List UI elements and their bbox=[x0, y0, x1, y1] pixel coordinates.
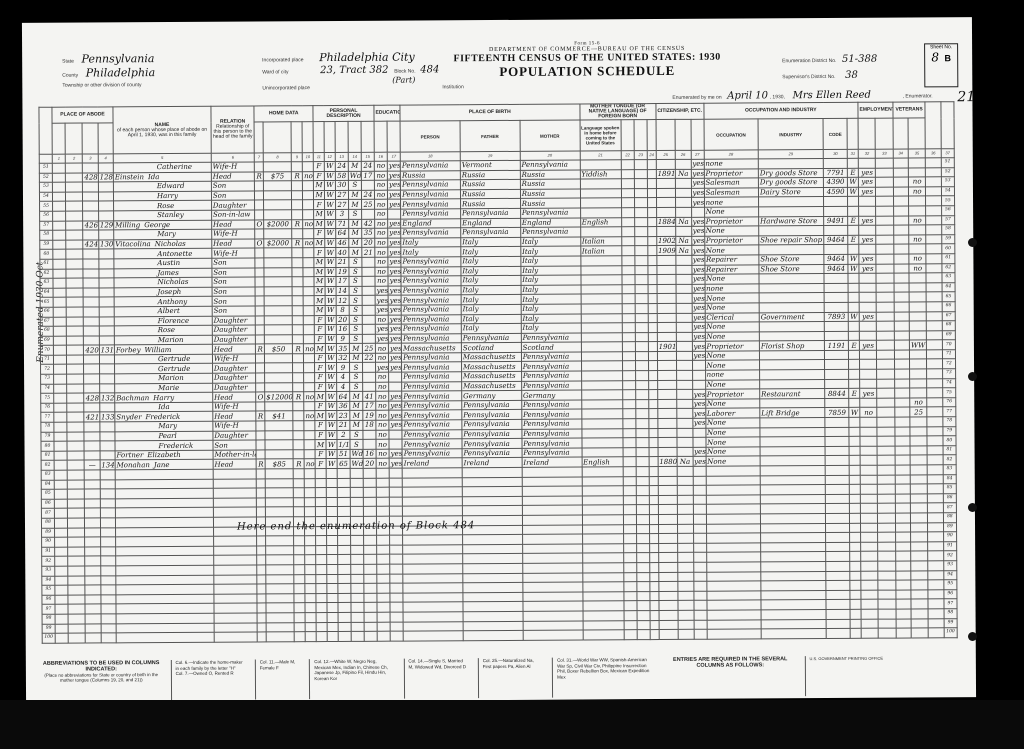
radio-cell bbox=[293, 334, 304, 344]
family-cell bbox=[100, 451, 115, 461]
industry-cell bbox=[760, 370, 825, 380]
street-cell bbox=[53, 221, 66, 231]
unemployment-cell bbox=[876, 196, 893, 206]
race-cell: W bbox=[324, 190, 335, 200]
speaks-english-cell: yes bbox=[691, 236, 704, 246]
street-cell bbox=[53, 345, 66, 355]
industry-code-cell bbox=[824, 206, 848, 216]
radio-cell bbox=[292, 258, 303, 268]
naturalization-cell bbox=[676, 294, 691, 304]
immigration-year-cell bbox=[657, 265, 677, 275]
read-write-cell: yes bbox=[388, 343, 401, 353]
birthplace-cell: Pennsylvania bbox=[401, 276, 461, 286]
father-birthplace-cell: Russia bbox=[460, 180, 520, 190]
read-write-cell: yes bbox=[389, 411, 402, 421]
father-birthplace-cell: Pennsylvania bbox=[462, 448, 522, 458]
line-number: 94 bbox=[42, 576, 55, 586]
veteran-cell bbox=[894, 331, 909, 341]
veteran-cell bbox=[895, 417, 910, 427]
at-work-cell: yes bbox=[859, 312, 876, 322]
industry-cell: Hardware Store bbox=[759, 216, 824, 226]
age-married-cell bbox=[363, 430, 376, 440]
line-number-right: 53 bbox=[941, 177, 954, 187]
race-cell: W bbox=[325, 344, 336, 354]
industry-code-cell bbox=[824, 273, 848, 283]
school-cell: no bbox=[376, 382, 389, 392]
home-value-cell bbox=[264, 248, 292, 258]
race-cell: W bbox=[325, 325, 336, 335]
immigration-year-cell bbox=[657, 294, 677, 304]
code-a-cell bbox=[622, 332, 635, 342]
class-of-worker-cell: W bbox=[849, 408, 860, 418]
col-tongue: Language spoken in home before coming to… bbox=[580, 120, 622, 151]
age-cell: 4 bbox=[336, 372, 349, 382]
mother-birthplace-cell: Italy bbox=[521, 285, 581, 295]
street-cell bbox=[54, 461, 67, 471]
dwelling-cell bbox=[84, 364, 99, 374]
line-number: 99 bbox=[944, 618, 957, 628]
dwelling-cell bbox=[84, 316, 99, 326]
line-number: 91 bbox=[943, 541, 956, 551]
line-number: 93 bbox=[943, 561, 956, 571]
code-a-cell bbox=[622, 361, 635, 371]
industry-code-cell bbox=[824, 283, 848, 293]
name-cell: Rose bbox=[113, 201, 211, 211]
name-cell: MillingGeorge bbox=[114, 220, 212, 230]
mother-tongue-cell bbox=[581, 400, 622, 410]
age-married-cell: 20 bbox=[362, 238, 375, 248]
code-b-cell bbox=[635, 236, 648, 246]
code-b-cell bbox=[636, 428, 649, 438]
line-number: 83 bbox=[41, 470, 54, 480]
mother-birthplace-cell: Pennsylvania bbox=[521, 400, 581, 410]
line-number: 70 bbox=[40, 346, 53, 356]
veteran-cell bbox=[895, 427, 910, 437]
farm-schedule-cell bbox=[926, 158, 941, 168]
radio-cell bbox=[293, 373, 304, 383]
unemployment-cell bbox=[876, 264, 893, 274]
code-c-cell bbox=[648, 246, 657, 256]
house-number-cell bbox=[66, 211, 83, 221]
sex-cell: F bbox=[315, 459, 326, 469]
street-cell bbox=[54, 355, 67, 365]
radio-cell bbox=[292, 162, 303, 172]
father-birthplace-cell: Pennsylvania bbox=[461, 228, 521, 238]
col-mother: MOTHER bbox=[520, 120, 580, 151]
war-cell bbox=[910, 427, 927, 437]
race-cell: W bbox=[326, 382, 337, 392]
father-birthplace-cell: Italy bbox=[461, 275, 521, 285]
mother-tongue-cell bbox=[580, 160, 621, 170]
occupation-cell: Clerical bbox=[705, 312, 759, 322]
house-number-cell bbox=[67, 460, 84, 470]
read-write-cell: yes bbox=[387, 161, 400, 171]
name-cell: Catherine bbox=[113, 162, 211, 172]
naturalization-cell bbox=[677, 351, 692, 361]
naturalization-cell: Na bbox=[676, 217, 691, 227]
at-work-cell bbox=[859, 331, 876, 341]
farm-cell bbox=[303, 286, 314, 296]
code-c-cell bbox=[648, 342, 657, 352]
given-name: Florence bbox=[158, 317, 189, 325]
immigration-year-cell bbox=[657, 303, 677, 313]
marital-cell: S bbox=[350, 440, 363, 450]
age-cell: 64 bbox=[337, 392, 350, 402]
code-c-cell bbox=[649, 371, 658, 381]
code-c-cell bbox=[649, 419, 658, 429]
given-name: Joseph bbox=[158, 288, 182, 296]
line-number: 97 bbox=[42, 605, 55, 615]
mother-birthplace-cell: Italy bbox=[521, 304, 581, 314]
industry-cell bbox=[759, 331, 824, 341]
line-number: 74 bbox=[41, 384, 54, 394]
at-work-cell: yes bbox=[858, 187, 875, 197]
class-of-worker-cell bbox=[848, 302, 859, 312]
birthplace-cell: Pennsylvania bbox=[401, 199, 461, 209]
industry-code-cell bbox=[825, 456, 849, 466]
radio-cell bbox=[293, 421, 304, 431]
sex-cell: M bbox=[315, 392, 326, 402]
mother-birthplace-cell: Italy bbox=[520, 237, 580, 247]
read-write-cell: yes bbox=[389, 458, 402, 468]
class-of-worker-cell: E bbox=[848, 235, 859, 245]
code-b-cell bbox=[635, 361, 648, 371]
read-write-cell: yes bbox=[389, 391, 402, 401]
line-number-right: 81 bbox=[943, 446, 956, 456]
class-of-worker-cell: E bbox=[847, 168, 858, 178]
war-cell: no bbox=[909, 235, 926, 245]
street-cell bbox=[54, 403, 67, 413]
binder-hole bbox=[968, 632, 977, 641]
age-cell: 9 bbox=[336, 363, 349, 373]
naturalization-cell bbox=[677, 438, 692, 448]
farm-schedule-cell bbox=[927, 311, 942, 321]
birthplace-cell: Pennsylvania bbox=[402, 429, 462, 439]
code-c-cell bbox=[648, 208, 657, 218]
line-number: 84 bbox=[41, 480, 54, 490]
sex-cell: M bbox=[314, 267, 325, 277]
class-of-worker-cell bbox=[848, 293, 859, 303]
dwelling-cell bbox=[84, 432, 99, 442]
code-c-cell bbox=[649, 438, 658, 448]
age-married-cell bbox=[362, 267, 375, 277]
veteran-cell bbox=[894, 302, 909, 312]
radio-cell bbox=[293, 450, 304, 460]
school-cell: no bbox=[375, 248, 388, 258]
school-cell: yes bbox=[375, 324, 388, 334]
age-married-cell: 16 bbox=[363, 449, 376, 459]
name-cell: Gertrude bbox=[114, 354, 212, 364]
age-cell: 36 bbox=[337, 401, 350, 411]
farm-schedule-cell bbox=[927, 446, 942, 456]
at-work-cell bbox=[859, 283, 876, 293]
radio-cell: R bbox=[292, 219, 303, 229]
line-number: 97 bbox=[944, 599, 957, 609]
home-value-cell bbox=[264, 200, 292, 210]
col-name: NAMEof each person whose place of abode … bbox=[113, 106, 211, 154]
veteran-cell bbox=[895, 446, 910, 456]
at-work-cell: yes bbox=[858, 177, 875, 187]
veteran-cell bbox=[893, 216, 908, 226]
farm-cell bbox=[303, 181, 314, 191]
street-cell bbox=[54, 422, 67, 432]
speaks-english-cell: yes bbox=[691, 159, 704, 169]
given-name: James bbox=[157, 269, 178, 277]
line-number-right: 76 bbox=[942, 398, 955, 408]
name-cell: Antonette bbox=[114, 249, 212, 259]
read-write-cell: yes bbox=[388, 324, 401, 334]
sex-cell: M bbox=[314, 286, 325, 296]
industry-code-cell: 4390 bbox=[824, 178, 848, 188]
class-of-worker-cell: W bbox=[848, 254, 859, 264]
speaks-english-cell bbox=[692, 370, 705, 380]
speaks-english-cell: yes bbox=[691, 226, 704, 236]
sex-cell: F bbox=[315, 382, 326, 392]
street-cell bbox=[53, 288, 66, 298]
age-cell: 12 bbox=[336, 296, 349, 306]
farm-cell: no bbox=[304, 459, 315, 469]
read-write-cell: yes bbox=[389, 353, 402, 363]
street-cell bbox=[53, 230, 66, 240]
tenure-cell: O bbox=[255, 219, 264, 229]
line-number-right: 63 bbox=[942, 273, 955, 283]
industry-cell bbox=[759, 226, 824, 236]
veteran-cell bbox=[895, 388, 910, 398]
mother-birthplace-cell: Pennsylvania bbox=[522, 429, 582, 439]
home-value-cell bbox=[263, 181, 291, 191]
given-name: Harry bbox=[157, 192, 178, 200]
occupation-cell: None bbox=[705, 332, 759, 342]
line-number: 87 bbox=[41, 509, 54, 519]
line-number: 53 bbox=[39, 182, 52, 192]
unemployment-cell bbox=[876, 158, 893, 168]
line-number: 90 bbox=[943, 532, 956, 542]
immigration-year-cell: 1880 bbox=[658, 457, 678, 467]
veteran-cell bbox=[894, 311, 909, 321]
speaks-english-cell: yes bbox=[691, 188, 704, 198]
marital-cell: S bbox=[349, 276, 362, 286]
industry-cell: Shoe Store bbox=[759, 264, 824, 274]
tenure-cell bbox=[256, 325, 265, 335]
line-number: 95 bbox=[42, 585, 55, 595]
unemployment-cell bbox=[876, 235, 893, 245]
dwelling-cell bbox=[84, 307, 99, 317]
industry-cell: Dry goods Store bbox=[758, 178, 823, 188]
veteran-cell bbox=[893, 187, 908, 197]
veteran-cell bbox=[894, 369, 909, 379]
war-cell bbox=[910, 379, 927, 389]
at-work-cell bbox=[859, 245, 876, 255]
col-father: FATHER bbox=[460, 120, 520, 151]
dwelling-cell bbox=[84, 441, 99, 451]
speaks-english-cell bbox=[692, 380, 705, 390]
class-of-worker-cell bbox=[849, 427, 860, 437]
immigration-year-cell bbox=[658, 409, 678, 419]
occupation-cell: None bbox=[705, 293, 759, 303]
name-cell: Marion bbox=[115, 373, 213, 383]
veteran-cell bbox=[894, 273, 909, 283]
class-of-worker-cell: W bbox=[848, 264, 859, 274]
mother-birthplace-cell: Germany bbox=[521, 390, 581, 400]
code-b-cell bbox=[636, 390, 649, 400]
unemployment-cell bbox=[876, 216, 893, 226]
class-of-worker-cell bbox=[848, 225, 859, 235]
class-of-worker-cell: W bbox=[848, 187, 859, 197]
mother-tongue-cell bbox=[581, 284, 622, 294]
mother-tongue-cell bbox=[580, 227, 621, 237]
house-number-cell bbox=[66, 249, 83, 259]
immigration-year-cell bbox=[657, 275, 677, 285]
farm-schedule-cell bbox=[926, 167, 941, 177]
home-value-cell bbox=[265, 440, 293, 450]
war-cell bbox=[909, 196, 926, 206]
school-cell: no bbox=[376, 411, 389, 421]
code-c-cell bbox=[647, 198, 656, 208]
relation-cell: Head bbox=[212, 239, 256, 249]
at-work-cell: yes bbox=[859, 235, 876, 245]
unemployment-cell bbox=[877, 436, 894, 446]
mother-birthplace-cell: Italy bbox=[521, 246, 581, 256]
corner-mark: 21 bbox=[957, 89, 975, 105]
war-cell bbox=[910, 446, 927, 456]
house-number-cell bbox=[67, 393, 84, 403]
dwelling-cell bbox=[83, 201, 98, 211]
read-write-cell: yes bbox=[388, 267, 401, 277]
line-number: 96 bbox=[944, 589, 957, 599]
unincorporated-field: Unincorporated place bbox=[262, 85, 310, 91]
code-c-cell bbox=[647, 169, 656, 179]
read-write-cell: yes bbox=[389, 363, 402, 373]
race-cell: W bbox=[325, 277, 336, 287]
immigration-year-cell bbox=[657, 351, 677, 361]
read-write-cell bbox=[389, 430, 402, 440]
tenure-cell bbox=[256, 315, 265, 325]
school-cell: no bbox=[376, 391, 389, 401]
mother-tongue-cell bbox=[582, 438, 623, 448]
read-write-cell: yes bbox=[388, 295, 401, 305]
home-value-cell bbox=[264, 306, 292, 316]
war-cell: no bbox=[909, 254, 926, 264]
family-cell bbox=[99, 355, 114, 365]
dwelling-cell: 428 bbox=[84, 393, 99, 403]
race-cell: W bbox=[325, 305, 336, 315]
farm-cell bbox=[304, 430, 315, 440]
farm-schedule-cell bbox=[926, 263, 941, 273]
speaks-english-cell: yes bbox=[691, 274, 704, 284]
line-number: 88 bbox=[41, 518, 54, 528]
birthplace-cell: England bbox=[401, 218, 461, 228]
marital-cell: M bbox=[349, 248, 362, 258]
race-cell: W bbox=[326, 449, 337, 459]
veteran-cell bbox=[894, 235, 909, 245]
at-work-cell bbox=[859, 350, 876, 360]
farm-cell bbox=[304, 421, 315, 431]
speaks-english-cell: yes bbox=[692, 313, 705, 323]
code-a-cell bbox=[623, 428, 636, 438]
father-birthplace-cell: Massachusetts bbox=[461, 362, 521, 372]
mother-tongue-cell bbox=[581, 361, 622, 371]
immigration-year-cell bbox=[657, 323, 677, 333]
birthplace-cell: Pennsylvania bbox=[401, 266, 461, 276]
naturalization-cell bbox=[677, 361, 692, 371]
read-write-cell: yes bbox=[388, 247, 401, 257]
immigration-year-cell bbox=[657, 332, 677, 342]
industry-cell bbox=[758, 159, 823, 169]
dwelling-cell: — bbox=[85, 460, 100, 470]
war-cell bbox=[909, 311, 926, 321]
given-name: Edward bbox=[157, 182, 185, 190]
birthplace-cell: Pennsylvania bbox=[401, 314, 461, 324]
dwelling-cell bbox=[83, 249, 98, 259]
line-number-right: 54 bbox=[941, 186, 954, 196]
marital-cell: Wd bbox=[350, 449, 363, 459]
code-b-cell bbox=[636, 409, 649, 419]
class-of-worker-cell bbox=[849, 437, 860, 447]
family-cell bbox=[98, 163, 113, 173]
veteran-cell bbox=[894, 292, 909, 302]
immigration-year-cell bbox=[657, 313, 677, 323]
occupation-cell: Proprietor bbox=[705, 389, 759, 399]
line-number: 72 bbox=[41, 365, 54, 375]
at-work-cell bbox=[859, 197, 876, 207]
school-cell: yes bbox=[376, 363, 389, 373]
father-birthplace-cell: Vermont bbox=[460, 160, 520, 170]
unemployment-cell bbox=[877, 331, 894, 341]
radio-cell bbox=[292, 210, 303, 220]
line-number-right: 52 bbox=[941, 167, 954, 177]
farm-cell bbox=[303, 200, 314, 210]
birthplace-cell: Pennsylvania bbox=[401, 228, 461, 238]
name-cell: VitacolinaNicholas bbox=[114, 239, 212, 249]
name-cell: Marion bbox=[114, 335, 212, 345]
incorporated-value: Philadelphia City bbox=[319, 51, 414, 65]
sex-cell: F bbox=[314, 315, 325, 325]
industry-code-cell: 9464 bbox=[824, 254, 848, 264]
relation-cell: Wife-H bbox=[213, 421, 257, 431]
age-cell: 27 bbox=[335, 200, 348, 210]
street-cell bbox=[53, 192, 66, 202]
mother-tongue-cell bbox=[581, 294, 622, 304]
father-birthplace-cell: Ireland bbox=[462, 458, 522, 468]
school-cell: yes bbox=[375, 286, 388, 296]
age-cell: 4 bbox=[336, 382, 349, 392]
line-number: 84 bbox=[943, 474, 956, 484]
home-value-cell bbox=[264, 296, 292, 306]
family-cell: 129 bbox=[98, 220, 113, 230]
family-cell: 130 bbox=[98, 240, 113, 250]
naturalization-cell: Na bbox=[676, 236, 691, 246]
farm-schedule-cell bbox=[927, 378, 942, 388]
line-number: 89 bbox=[943, 522, 956, 532]
home-value-cell bbox=[263, 162, 291, 172]
relation-cell: Son-in-law bbox=[211, 210, 255, 220]
read-write-cell: yes bbox=[388, 190, 401, 200]
code-c-cell bbox=[648, 361, 657, 371]
class-of-worker-cell: E bbox=[849, 389, 860, 399]
marital-cell: S bbox=[349, 315, 362, 325]
home-value-cell: $2000 bbox=[264, 239, 292, 249]
code-b-cell bbox=[635, 342, 648, 352]
father-birthplace-cell: Pennsylvania bbox=[462, 419, 522, 429]
occupation-cell: Repairer bbox=[705, 264, 759, 274]
dwelling-cell bbox=[84, 384, 99, 394]
given-name: Gertrude bbox=[158, 355, 190, 363]
immigration-year-cell bbox=[657, 361, 677, 371]
home-value-cell: $75 bbox=[263, 171, 291, 181]
house-number-cell bbox=[66, 240, 83, 250]
street-cell bbox=[53, 326, 66, 336]
code-c-cell bbox=[648, 284, 657, 294]
